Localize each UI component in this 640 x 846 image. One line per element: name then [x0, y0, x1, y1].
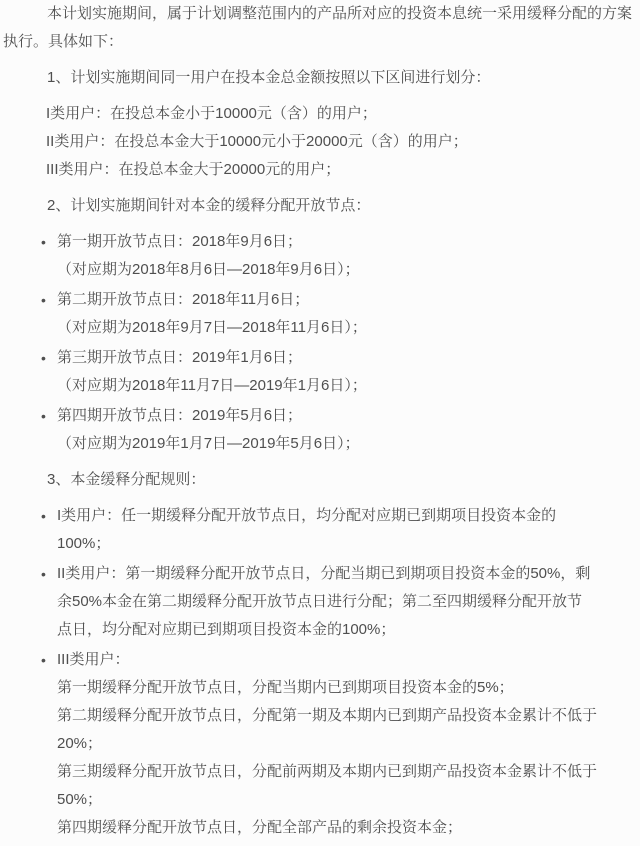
text-line: 第一期开放节点日：2018年9月6日；: [57, 228, 640, 256]
text-line: 余50%本金在第二期缓释分配开放节点日进行分配；第二至四期缓释分配开放节: [57, 588, 640, 616]
document-page: 本计划实施期间，属于计划调整范围内的产品所对应的投资本息统一采用缓释分配的方案 …: [0, 0, 640, 846]
list-item: • 第四期开放节点日：2019年5月6日； （对应期为2019年1月7日—201…: [0, 402, 640, 458]
section3-heading: 3、本金缓释分配规则：: [0, 466, 640, 494]
text-line: （对应期为2018年11月7日—2019年1月6日）；: [57, 372, 640, 400]
heading-line: 1、计划实施期间同一用户在投本金总金额按照以下区间进行划分：: [47, 64, 640, 92]
user-class-line: II类用户：在投总本金大于10000元小于20000元（含）的用户；: [46, 128, 640, 156]
text-line: 第三期缓释分配开放节点日，分配前两期及本期内已到期产品投资本金累计不低于: [57, 758, 640, 786]
bullet-icon: •: [41, 646, 55, 674]
list-item: • 第三期开放节点日：2019年1月6日； （对应期为2018年11月7日—20…: [0, 344, 640, 400]
text-line: （对应期为2018年9月7日—2018年11月6日）；: [57, 314, 640, 342]
list-item: • II类用户：第一期缓释分配开放节点日，分配当期已到期项目投资本金的50%，剩…: [0, 560, 640, 644]
list-item: • 第二期开放节点日：2018年11月6日； （对应期为2018年9月7日—20…: [0, 286, 640, 342]
text-line: 20%；: [57, 730, 640, 758]
user-class-line: I类用户：在投总本金小于10000元（含）的用户；: [46, 100, 640, 128]
list-item: • 第一期开放节点日：2018年9月6日； （对应期为2018年8月6日—201…: [0, 228, 640, 284]
bullet-icon: •: [41, 228, 55, 256]
heading-line: 2、计划实施期间针对本金的缓释分配开放节点：: [47, 192, 640, 220]
user-class-line: III类用户：在投总本金大于20000元的用户；: [46, 156, 640, 184]
section1-heading: 1、计划实施期间同一用户在投本金总金额按照以下区间进行划分：: [0, 64, 640, 92]
text-line: 第二期缓释分配开放节点日，分配第一期及本期内已到期产品投资本金累计不低于: [57, 702, 640, 730]
text-line: 点日，均分配对应期已到期项目投资本金的100%；: [57, 616, 640, 644]
text-line: 50%；: [57, 786, 640, 814]
text-line: 第二期开放节点日：2018年11月6日；: [57, 286, 640, 314]
text-line: （对应期为2019年1月7日—2019年5月6日）；: [57, 430, 640, 458]
text-line: （对应期为2018年8月6日—2018年9月6日）；: [57, 256, 640, 284]
text-line: 第四期开放节点日：2019年5月6日；: [57, 402, 640, 430]
bullet-icon: •: [41, 402, 55, 430]
section2-heading: 2、计划实施期间针对本金的缓释分配开放节点：: [0, 192, 640, 220]
list-item: • I类用户：任一期缓释分配开放节点日，均分配对应期已到期项目投资本金的 100…: [0, 502, 640, 558]
list-item: • III类用户： 第一期缓释分配开放节点日，分配当期内已到期项目投资本金的5%…: [0, 646, 640, 842]
intro-paragraph: 本计划实施期间，属于计划调整范围内的产品所对应的投资本息统一采用缓释分配的方案 …: [0, 0, 640, 56]
text-line: III类用户：: [57, 646, 640, 674]
text-line: II类用户：第一期缓释分配开放节点日，分配当期已到期项目投资本金的50%，剩: [57, 560, 640, 588]
user-class-list: I类用户：在投总本金小于10000元（含）的用户； II类用户：在投总本金大于1…: [0, 100, 640, 184]
text-line: 第四期缓释分配开放节点日，分配全部产品的剩余投资本金；: [57, 814, 640, 842]
text-line: 执行。具体如下：: [3, 28, 640, 56]
text-line: 第一期缓释分配开放节点日，分配当期内已到期项目投资本金的5%；: [57, 674, 640, 702]
bullet-icon: •: [41, 560, 55, 588]
bullet-icon: •: [41, 344, 55, 372]
text-line: 第三期开放节点日：2019年1月6日；: [57, 344, 640, 372]
text-line: 100%；: [57, 530, 640, 558]
bullet-icon: •: [41, 502, 55, 530]
heading-line: 3、本金缓释分配规则：: [47, 466, 640, 494]
text-line: I类用户：任一期缓释分配开放节点日，均分配对应期已到期项目投资本金的: [57, 502, 640, 530]
bullet-icon: •: [41, 286, 55, 314]
text-line: 本计划实施期间，属于计划调整范围内的产品所对应的投资本息统一采用缓释分配的方案: [47, 0, 640, 28]
